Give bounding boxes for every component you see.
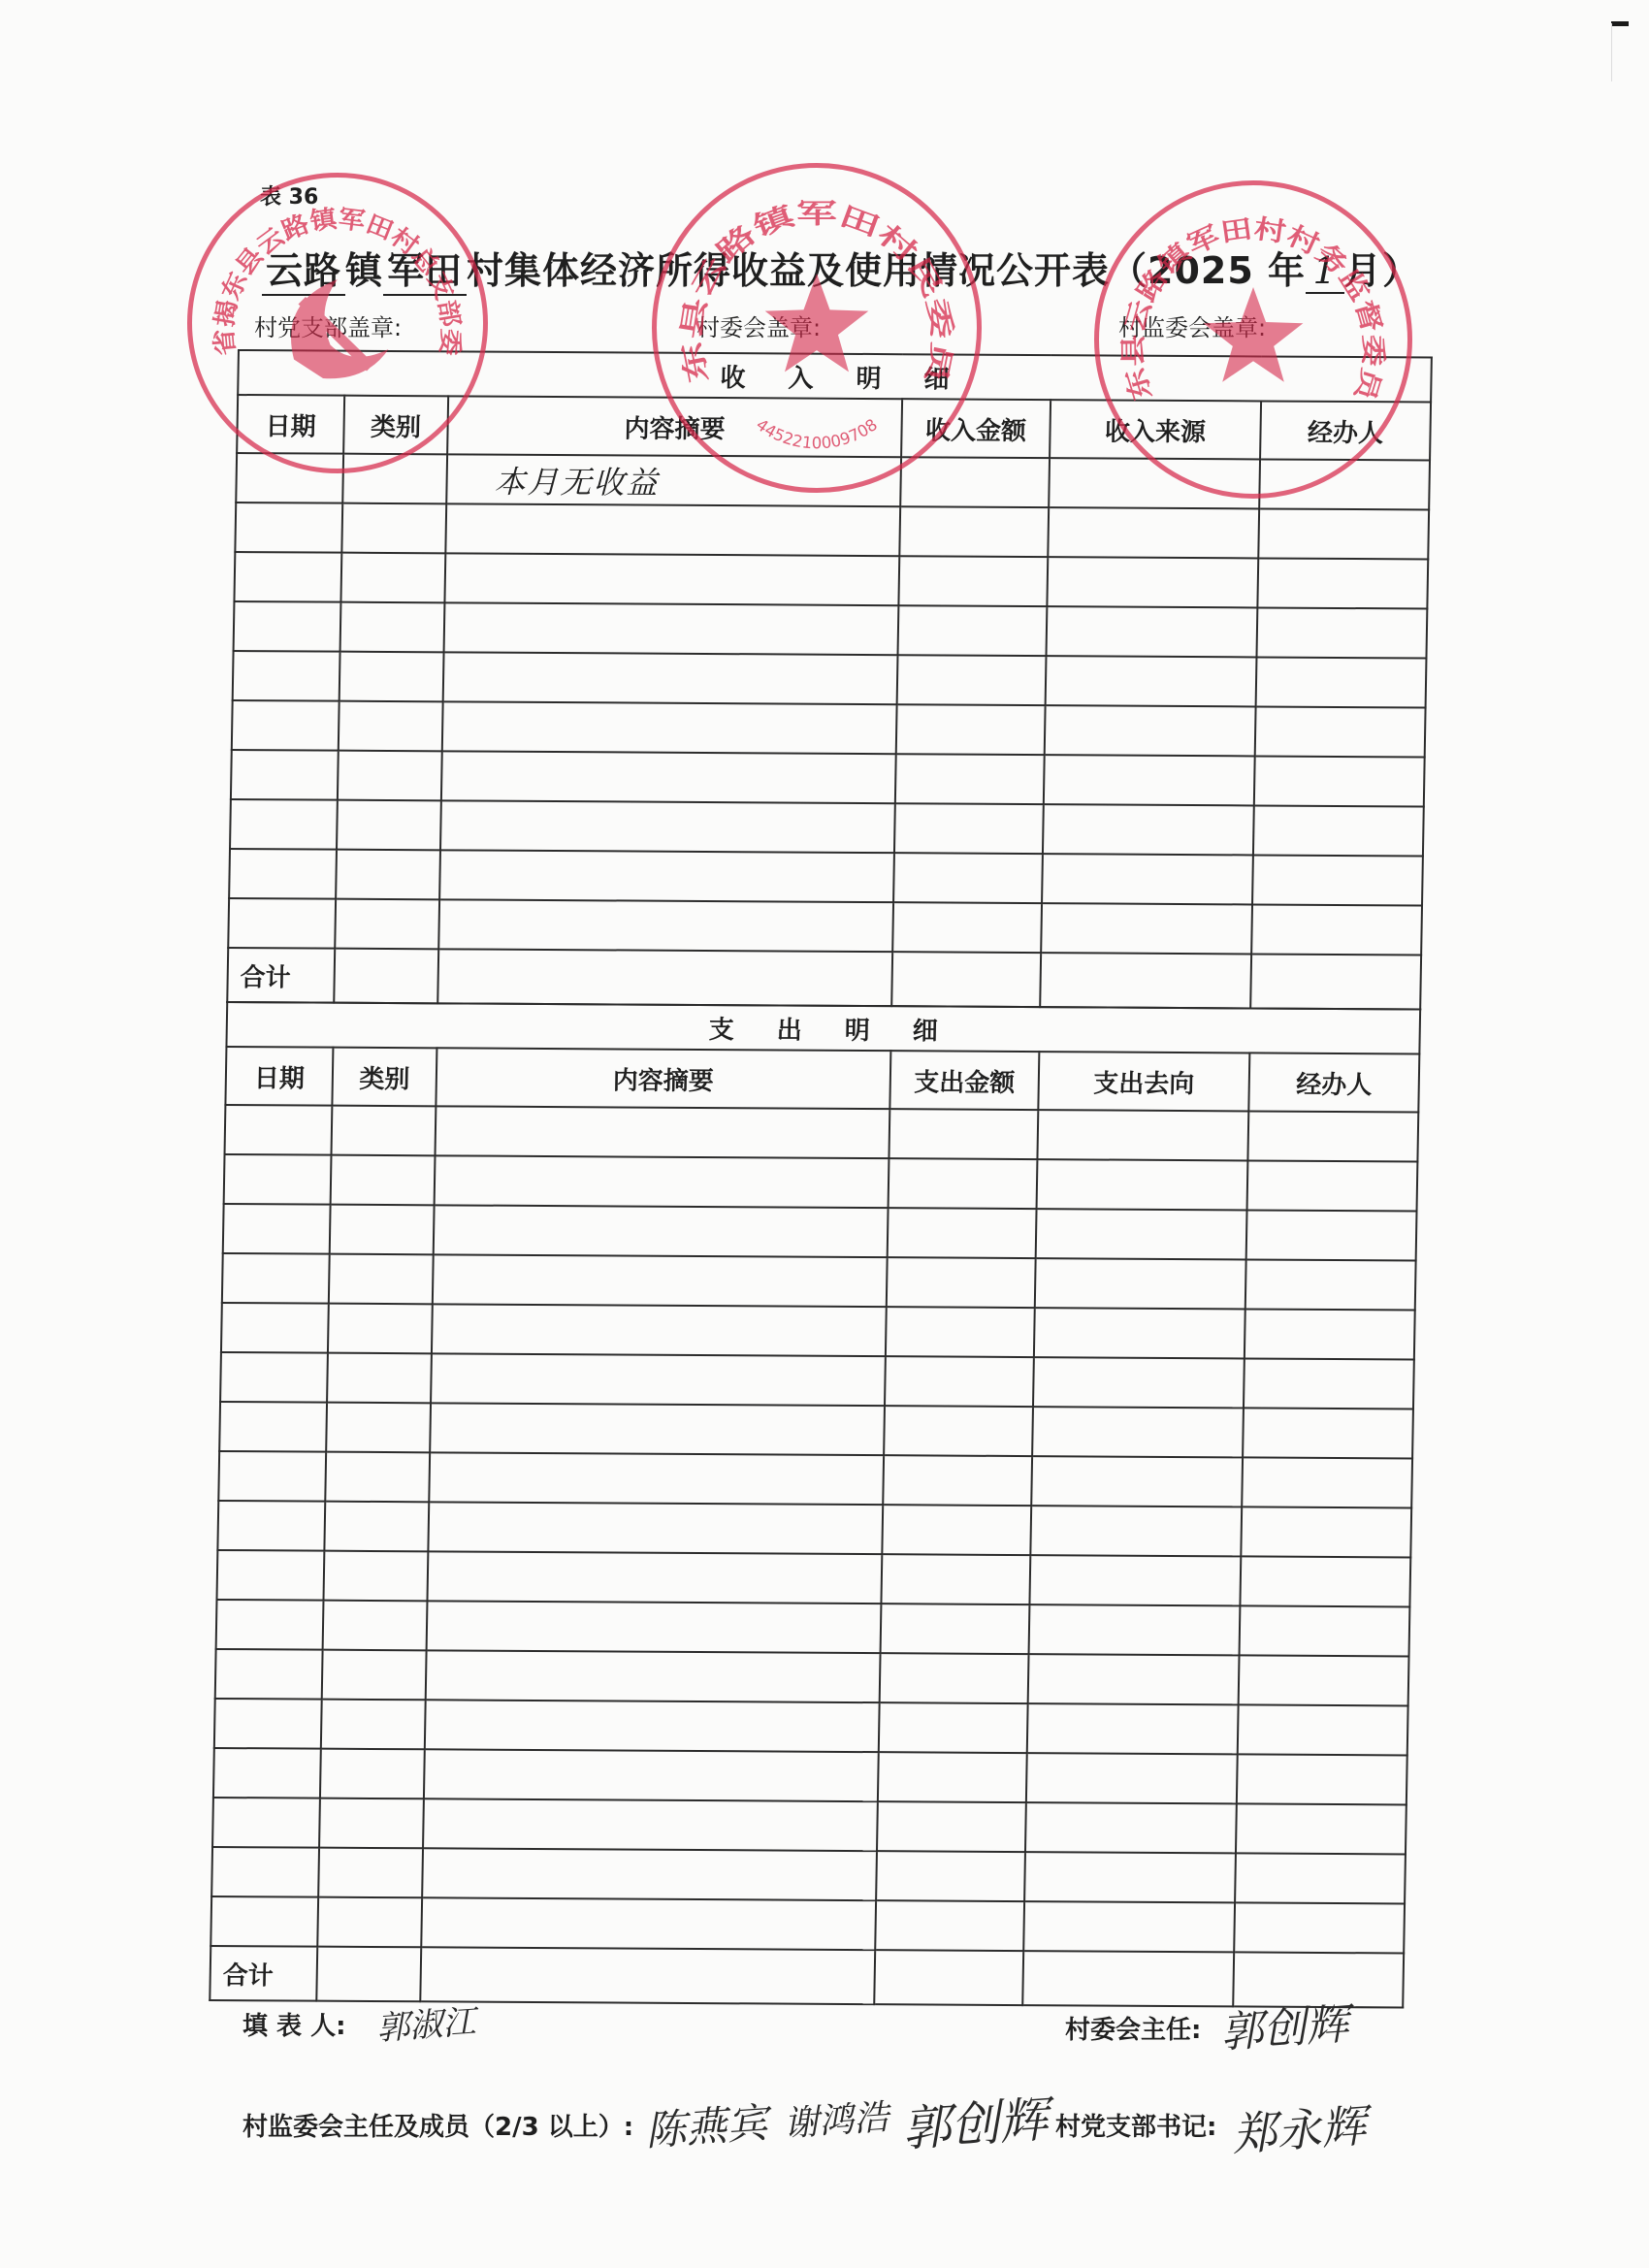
expenditure-cell [330, 1205, 435, 1255]
income-cell [898, 605, 1048, 656]
expenditure-cell [331, 1155, 436, 1206]
expenditure-cell [883, 1455, 1032, 1506]
income-cell [896, 704, 1046, 755]
expenditure-cell [324, 1502, 429, 1552]
expenditure-cell [1031, 1456, 1243, 1507]
table-row [235, 502, 1429, 560]
table-row [217, 1501, 1411, 1558]
income-cell [897, 655, 1047, 705]
income-cell [340, 553, 445, 603]
income-cell [231, 750, 339, 800]
expenditure-cell [881, 1554, 1030, 1604]
expenditure-cell [427, 1551, 882, 1604]
expenditure-cell [317, 1897, 422, 1948]
expenditure-cell [425, 1700, 880, 1752]
expenditure-cell [1243, 1408, 1413, 1458]
preparer-label: 填 表 人: [242, 2006, 346, 2042]
supervision-signature-3: 郭创辉 [900, 2081, 1051, 2160]
disclosure-table: 收入明细 日期类别内容摘要收入金额收入来源经办人 本月无收益合计 支出明细 日期… [209, 349, 1431, 2008]
expenditure-cell [1234, 1902, 1405, 1953]
expenditure-cell [1247, 1160, 1418, 1211]
expenditure-cell [1027, 1703, 1239, 1754]
table-row [216, 1600, 1410, 1657]
expenditure-cell [219, 1402, 327, 1452]
expenditure-cell [323, 1601, 428, 1651]
expenditure-cell [1242, 1457, 1412, 1507]
income-cell [1252, 855, 1423, 905]
expenditure-cell [214, 1699, 322, 1749]
income-cell [1048, 507, 1259, 558]
expenditure-cell [884, 1406, 1033, 1456]
table-row [210, 1896, 1405, 1954]
expenditure-cell [1235, 1853, 1406, 1903]
document-title: 云路镇军田村集体经济所得收益及使用情况公开表（2025 年1月） [262, 241, 1420, 296]
expenditure-header-5: 经办人 [1248, 1053, 1419, 1112]
expenditure-cell [1240, 1605, 1410, 1656]
income-header-5: 经办人 [1260, 401, 1431, 460]
expenditure-cell [430, 1403, 885, 1455]
income-cell [235, 502, 342, 553]
expenditure-cell [210, 1896, 318, 1947]
preparer-signature: 郭淑江 [374, 1995, 476, 2050]
income-cell [1255, 706, 1426, 757]
income-cell [1256, 657, 1427, 707]
income-cell [228, 898, 336, 949]
income-cell [440, 800, 895, 853]
expenditure-total-cell [316, 1947, 421, 2002]
table-row [223, 1204, 1417, 1261]
table-row [224, 1154, 1418, 1212]
expenditure-cell [1237, 1754, 1407, 1804]
income-section-title: 收入明细 [238, 350, 1432, 403]
table-number: 表 36 [260, 180, 318, 211]
table-row [220, 1352, 1414, 1409]
table-row [233, 651, 1427, 708]
income-cell [899, 506, 1049, 557]
expenditure-cell [213, 1748, 321, 1798]
supervision-label: 村监委会主任及成员（2/3 以上）: [242, 2107, 633, 2143]
income-cell [439, 850, 894, 902]
income-total-cell [891, 952, 1041, 1007]
income-cell [438, 899, 893, 952]
income-cell [234, 601, 341, 652]
expenditure-cell [1032, 1407, 1244, 1457]
expenditure-cell [423, 1798, 878, 1851]
income-cell [1043, 804, 1254, 855]
expenditure-cell [887, 1257, 1036, 1308]
expenditure-cell [1034, 1308, 1245, 1358]
expenditure-total-cell [874, 1950, 1023, 2005]
expenditure-cell [1240, 1556, 1410, 1606]
expenditure-cell [876, 1851, 1025, 1901]
party-branch-seal-label: 村党支部盖章: [254, 308, 402, 342]
expenditure-cell [1241, 1507, 1411, 1557]
title-village: 军田 [383, 241, 467, 296]
expenditure-cell [880, 1653, 1029, 1703]
expenditure-cell [435, 1155, 889, 1208]
table-row [225, 1105, 1419, 1162]
income-cell [1041, 903, 1252, 954]
income-cell [1046, 656, 1257, 706]
expenditure-cell [1037, 1110, 1248, 1160]
expenditure-header-2: 内容摘要 [436, 1048, 890, 1109]
expenditure-cell [1024, 1852, 1236, 1902]
income-cell [233, 651, 340, 701]
income-cell [1042, 854, 1253, 904]
expenditure-cell [889, 1109, 1038, 1159]
income-cell [1251, 904, 1422, 955]
expenditure-header-4: 支出去向 [1038, 1052, 1249, 1111]
expenditure-cell [889, 1158, 1038, 1209]
expenditure-cell [327, 1353, 432, 1404]
expenditure-cell [212, 1798, 320, 1848]
expenditure-cell [217, 1501, 325, 1551]
table-row [234, 601, 1428, 659]
expenditure-cell [319, 1798, 424, 1849]
expenditure-cell [427, 1601, 882, 1653]
income-cell [339, 701, 443, 752]
income-cell [442, 701, 897, 754]
expenditure-total-cell [1022, 1951, 1234, 2006]
expenditure-cell [1246, 1210, 1417, 1260]
expenditure-cell [1245, 1259, 1416, 1310]
table-row [214, 1699, 1408, 1756]
table-row [215, 1649, 1409, 1706]
income-cell [230, 799, 338, 850]
expenditure-cell [223, 1204, 331, 1254]
title-month-suffix: 月） [1344, 249, 1420, 292]
income-cell [232, 700, 339, 751]
income-cell [340, 602, 445, 653]
expenditure-cell [877, 1801, 1026, 1852]
title-main: 村集体经济所得收益及使用情况公开表（2025 年 [467, 249, 1306, 292]
expenditure-cell [1036, 1209, 1247, 1259]
income-total-label: 合计 [227, 948, 335, 1003]
party-secretary-signature: 郑永辉 [1230, 2090, 1368, 2163]
income-cell [1049, 458, 1260, 508]
expenditure-cell [1247, 1111, 1418, 1161]
expenditure-cell [329, 1254, 434, 1305]
income-cell [894, 803, 1044, 854]
expenditure-total-label: 合计 [210, 1946, 317, 2001]
income-cell [1045, 705, 1256, 756]
expenditure-cell [1029, 1555, 1241, 1605]
expenditure-cell [332, 1106, 436, 1156]
income-total-cell [1250, 954, 1421, 1009]
income-cell [1047, 557, 1258, 607]
committee-director-signature: 郭创辉 [1218, 1989, 1350, 2059]
expenditure-cell [1236, 1803, 1406, 1854]
income-cell [1256, 607, 1427, 658]
expenditure-header-3: 支出金额 [889, 1051, 1039, 1110]
income-cell [1044, 755, 1255, 805]
table-row [228, 898, 1422, 956]
table-row [212, 1798, 1406, 1855]
income-header-4: 收入来源 [1050, 400, 1261, 459]
supervision-signature-2: 谢鸿浩 [782, 2090, 889, 2146]
expenditure-cell [434, 1205, 889, 1257]
expenditure-cell [1029, 1604, 1241, 1655]
expenditure-cell [435, 1106, 889, 1158]
income-cell [339, 652, 444, 702]
expenditure-cell [424, 1749, 879, 1801]
income-cell [336, 850, 440, 900]
income-cell [229, 849, 337, 899]
expenditure-cell [222, 1253, 330, 1304]
expenditure-cell [1238, 1704, 1408, 1755]
expenditure-cell [1026, 1753, 1238, 1803]
income-cell [892, 902, 1042, 953]
expenditure-cell [426, 1650, 881, 1702]
expenditure-cell [218, 1451, 326, 1502]
expenditure-cell [323, 1551, 428, 1602]
income-header-3: 收入金额 [901, 399, 1051, 458]
expenditure-cell [879, 1702, 1028, 1753]
expenditure-cell [328, 1304, 433, 1354]
supervision-signature-1: 陈燕宾 [643, 2091, 769, 2158]
expenditure-header-1: 类别 [332, 1048, 436, 1107]
income-cell [1257, 558, 1428, 608]
income-cell [338, 751, 442, 801]
income-cell [234, 552, 341, 602]
expenditure-table: 支出明细 日期类别内容摘要支出金额支出去向经办人 合计 [209, 1001, 1421, 2009]
table-row [217, 1550, 1411, 1607]
income-cell [1259, 459, 1430, 509]
expenditure-cell [1245, 1309, 1415, 1359]
income-cell [1253, 805, 1424, 856]
expenditure-cell [885, 1356, 1034, 1407]
expenditure-cell [220, 1352, 328, 1403]
expenditure-cell [224, 1154, 332, 1205]
expenditure-cell [1025, 1802, 1237, 1853]
expenditure-cell [320, 1749, 425, 1799]
table-row [232, 700, 1426, 758]
supervision-seal-label: 村监委会盖章: [1118, 308, 1266, 342]
expenditure-cell [882, 1505, 1031, 1555]
expenditure-cell [215, 1649, 323, 1700]
income-cell [236, 453, 343, 503]
expenditure-cell [325, 1452, 430, 1503]
income-header-2: 内容摘要 [447, 396, 902, 457]
income-cell [443, 652, 898, 704]
income-total-cell [1040, 953, 1251, 1008]
table-row [219, 1402, 1413, 1459]
income-cell [893, 853, 1043, 903]
income-total-cell [334, 949, 438, 1004]
expenditure-cell [326, 1403, 431, 1453]
title-town: 云路 [262, 241, 345, 296]
expenditure-section-title: 支出明细 [226, 1002, 1420, 1054]
table-row [213, 1748, 1407, 1805]
party-secretary-label: 村党支部书记: [1055, 2107, 1216, 2143]
title-month: 1 [1306, 249, 1344, 294]
income-header-1: 类别 [343, 396, 448, 455]
expenditure-total-cell [420, 1947, 875, 2004]
table-row [229, 849, 1423, 906]
title-town-suffix: 镇 [345, 249, 383, 292]
expenditure-cell [217, 1550, 325, 1601]
expenditure-cell [1030, 1506, 1242, 1556]
income-cell [441, 751, 896, 803]
expenditure-cell [1239, 1655, 1409, 1705]
income-cell [895, 754, 1045, 804]
income-total-row: 合计 [227, 948, 1421, 1010]
income-cell [445, 503, 900, 556]
expenditure-cell [886, 1307, 1035, 1357]
expenditure-cell [422, 1848, 877, 1900]
table-row [234, 552, 1428, 609]
expenditure-cell [1033, 1357, 1245, 1408]
expenditure-cell [433, 1254, 888, 1307]
income-cell [898, 556, 1048, 606]
expenditure-cell [321, 1700, 426, 1750]
income-cell [444, 602, 899, 655]
expenditure-cell [1028, 1654, 1240, 1704]
expenditure-cell [211, 1847, 319, 1897]
village-committee-seal-label: 村委会盖章: [696, 308, 821, 342]
committee-director-label: 村委会主任: [1065, 2010, 1201, 2046]
expenditure-cell [431, 1353, 886, 1406]
income-cell [1046, 606, 1257, 657]
expenditure-cell [878, 1752, 1027, 1802]
income-cell [342, 454, 447, 504]
expenditure-cell [1035, 1258, 1246, 1309]
income-total-cell [437, 949, 892, 1006]
expenditure-cell [318, 1848, 423, 1898]
table-row [222, 1253, 1416, 1311]
expenditure-cell [875, 1900, 1024, 1951]
table-row [221, 1303, 1415, 1360]
income-cell [444, 553, 899, 605]
expenditure-cell [216, 1600, 324, 1650]
expenditure-cell [432, 1304, 887, 1356]
income-table: 收入明细 日期类别内容摘要收入金额收入来源经办人 本月无收益合计 [226, 349, 1433, 1011]
table-row [218, 1451, 1412, 1508]
income-cell: 本月无收益 [446, 454, 901, 506]
table-row: 本月无收益 [236, 453, 1430, 510]
income-cell [335, 899, 439, 950]
expenditure-cell [221, 1303, 329, 1353]
expenditure-cell [322, 1650, 427, 1701]
party-branch-seal-text: 村党支部盖章: [254, 314, 402, 341]
expenditure-cell [1037, 1159, 1248, 1210]
scan-edge-mark [1611, 21, 1629, 26]
expenditure-cell [888, 1208, 1037, 1258]
scan-edge-line [1611, 23, 1612, 81]
expenditure-header-0: 日期 [225, 1047, 333, 1106]
income-cell [1254, 756, 1425, 806]
table-row [211, 1847, 1406, 1904]
income-cell [337, 800, 441, 851]
expenditure-cell [421, 1897, 876, 1950]
supervision-seal-text: 村监委会盖章: [1118, 314, 1266, 341]
income-header-0: 日期 [237, 395, 344, 454]
expenditure-cell [429, 1452, 884, 1505]
expenditure-cell [1023, 1901, 1235, 1952]
income-cell [900, 457, 1050, 507]
expenditure-cell [1244, 1358, 1414, 1409]
expenditure-cell [881, 1604, 1030, 1654]
income-cell [1258, 508, 1429, 559]
table-row [230, 799, 1424, 857]
expenditure-cell [225, 1105, 333, 1155]
expenditure-cell [428, 1502, 883, 1554]
village-committee-seal-text: 村委会盖章: [696, 314, 821, 341]
income-cell [341, 503, 446, 554]
table-row [231, 750, 1425, 807]
